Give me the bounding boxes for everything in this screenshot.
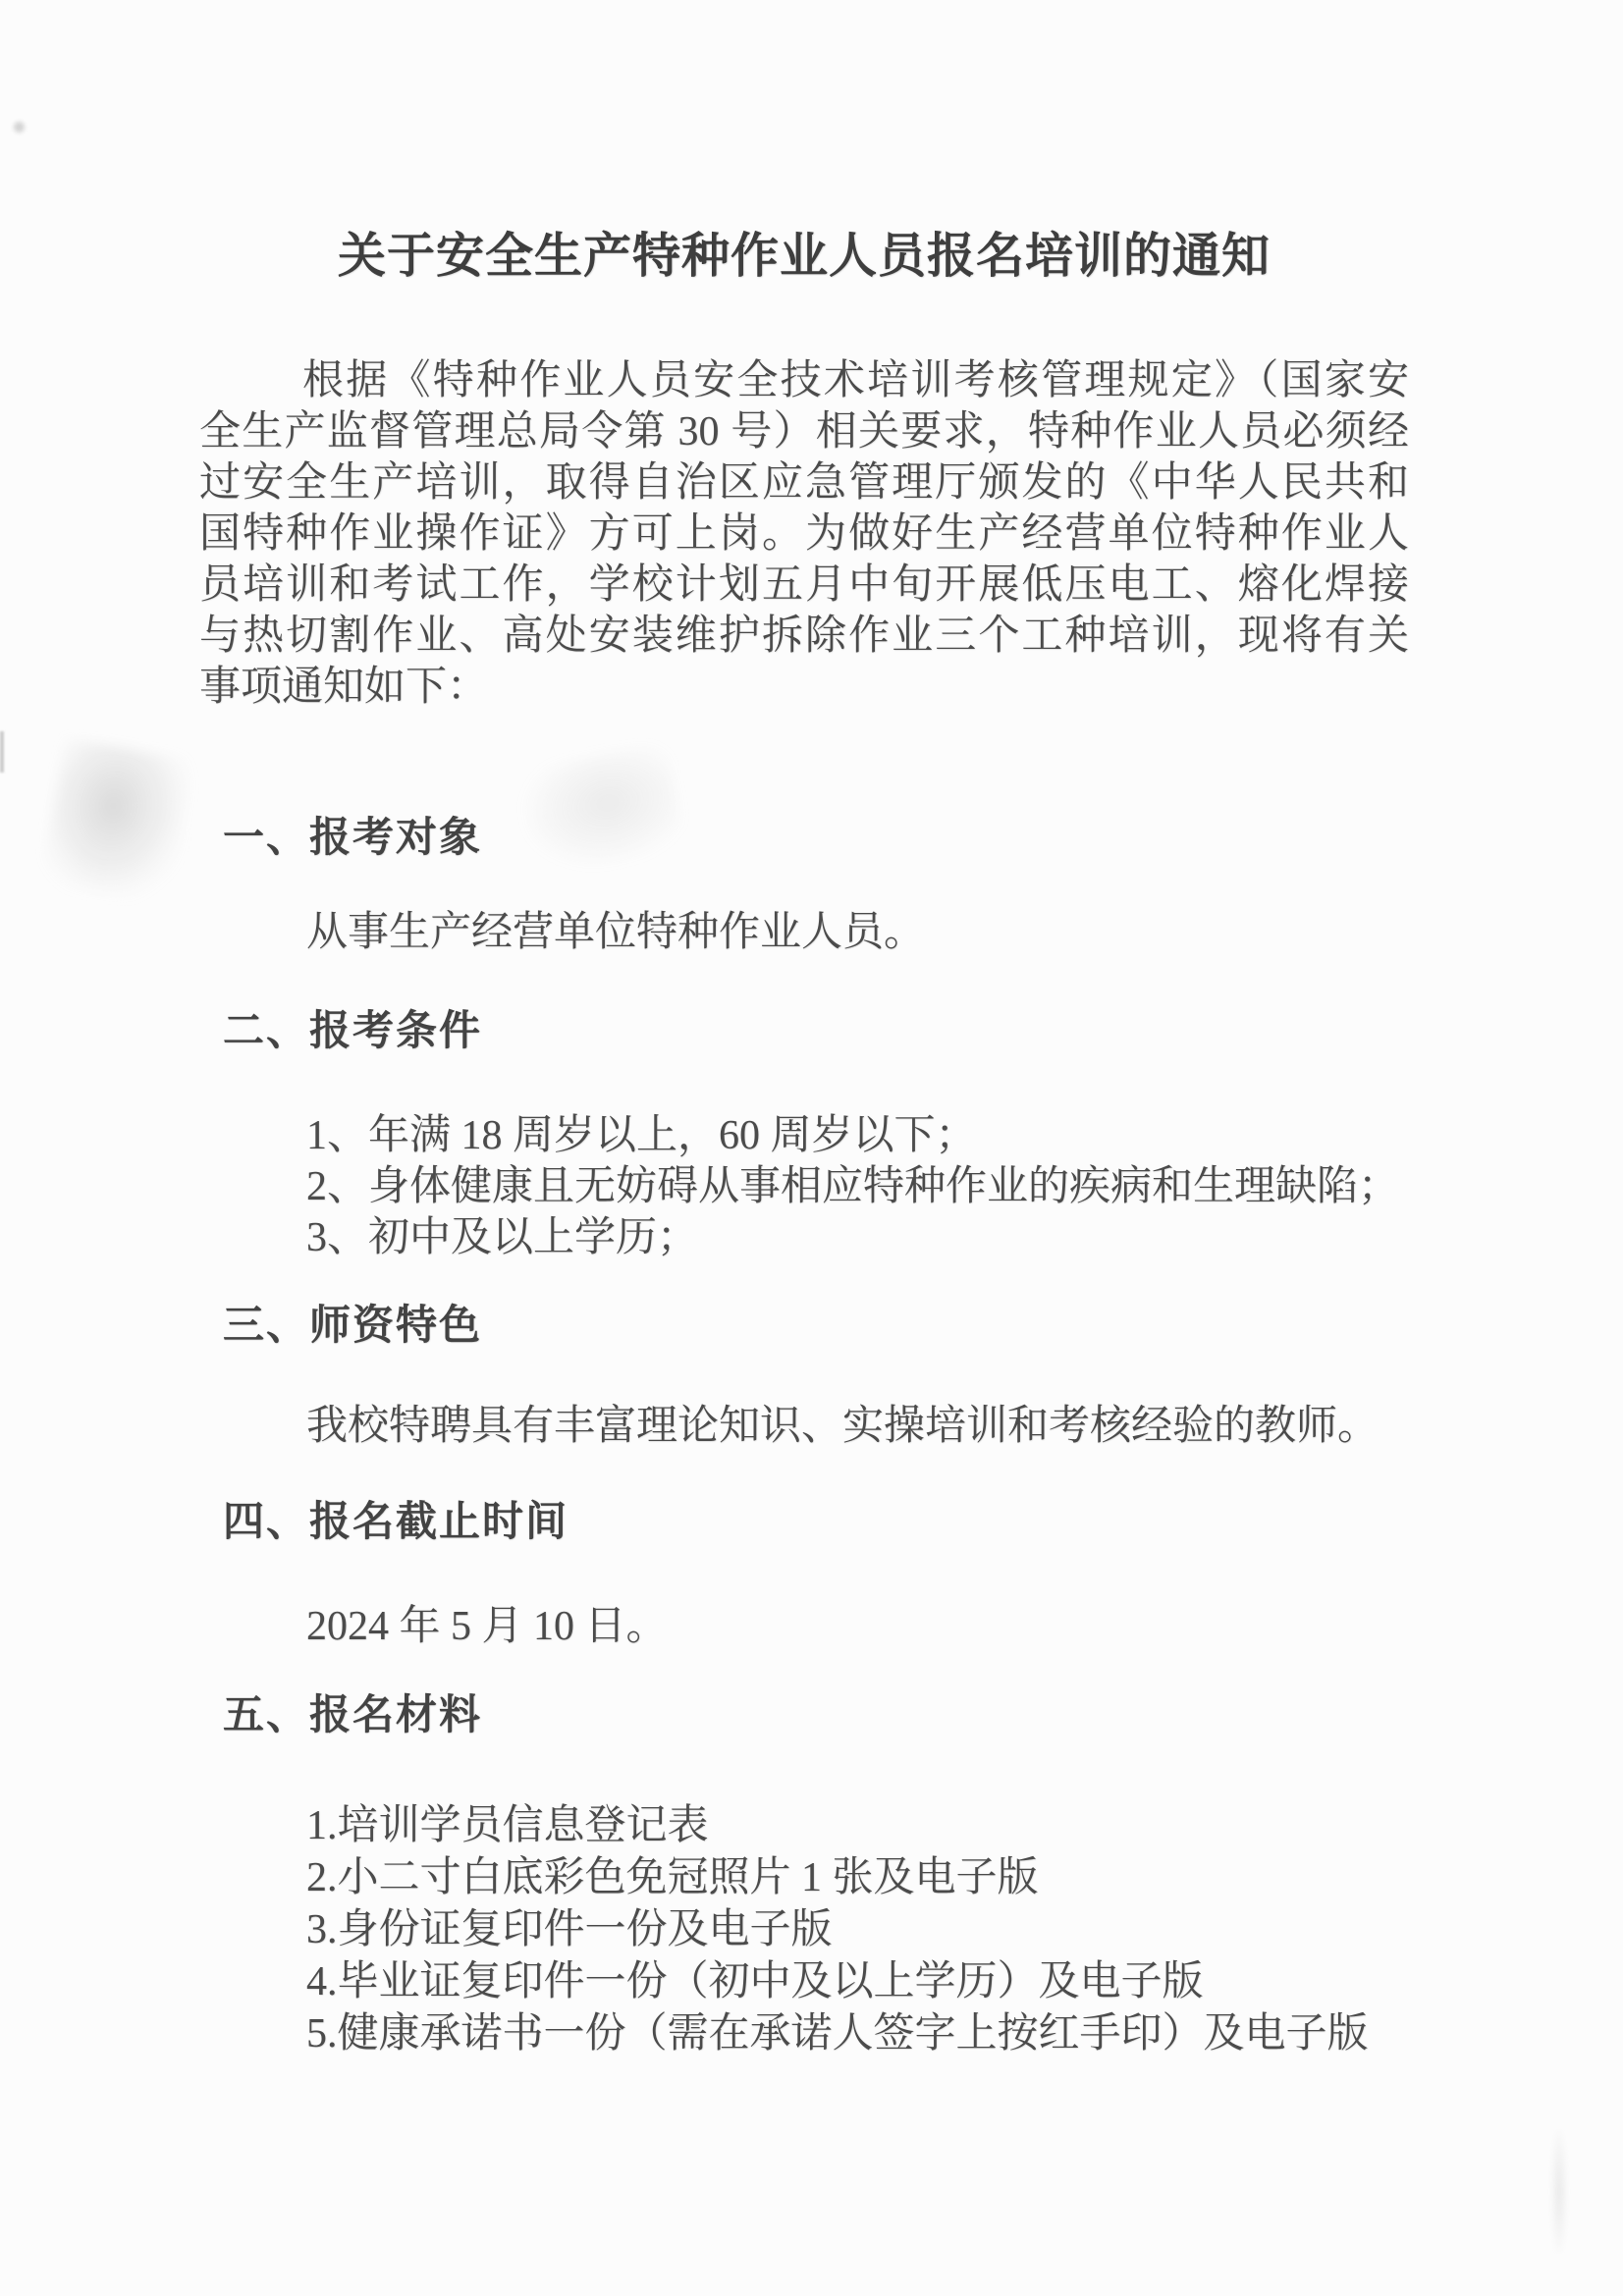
list-item: 3、初中及以上学历；: [306, 1212, 1409, 1263]
document-body: 关于安全生产特种作业人员报名培训的通知 根据《特种作业人员安全技术培训考核管理规…: [199, 0, 1409, 2060]
section-heading-deadline: 四、报名截止时间: [223, 1496, 1409, 1547]
list-item: 3.身份证复印件一份及电子版: [306, 1904, 1409, 1956]
intro-line: 根据《特种作业人员安全技术培训考核管理规定》（国家安: [199, 355, 1409, 406]
section-heading-faculty: 三、师资特色: [223, 1300, 1409, 1351]
list-item: 1.培训学员信息登记表: [306, 1800, 1409, 1852]
list-item: 1、年满 18 周岁以上，60 周岁以下；: [306, 1110, 1409, 1161]
intro-line: 全生产监督管理总局令第 30 号）相关要求，特种作业人员必须经: [199, 406, 1409, 457]
section-heading-materials: 五、报名材料: [223, 1689, 1409, 1740]
scanned-notice-page: 关于安全生产特种作业人员报名培训的通知 根据《特种作业人员安全技术培训考核管理规…: [0, 0, 1623, 2296]
list-item: 2、身体健康且无妨碍从事相应特种作业的疾病和生理缺陷；: [306, 1161, 1409, 1212]
intro-line: 员培训和考试工作，学校计划五月中旬开展低压电工、熔化焊接: [199, 560, 1409, 611]
intro-line: 国特种作业操作证》方可上岗。为做好生产经营单位特种作业人: [199, 508, 1409, 560]
section-body-candidates: 从事生产经营单位特种作业人员。: [306, 907, 1409, 958]
requirements-list: 1、年满 18 周岁以上，60 周岁以下； 2、身体健康且无妨碍从事相应特种作业…: [199, 1110, 1409, 1263]
list-item: 2.小二寸白底彩色免冠照片 1 张及电子版: [306, 1852, 1409, 1904]
section-body-deadline: 2024 年 5 月 10 日。: [306, 1601, 1409, 1652]
section-heading-requirements: 二、报考条件: [223, 1005, 1409, 1056]
list-item: 4.毕业证复印件一份（初中及以上学历）及电子版: [306, 1956, 1409, 2008]
scan-edge-artifact: [0, 731, 4, 773]
intro-paragraph: 根据《特种作业人员安全技术培训考核管理规定》（国家安 全生产监督管理总局令第 3…: [199, 355, 1409, 713]
scan-streak-right: [1551, 2130, 1567, 2253]
section-body-faculty: 我校特聘具有丰富理论知识、实操培训和考核经验的教师。: [306, 1401, 1409, 1452]
intro-line: 与热切割作业、高处安装维护拆除作业三个工种培训，现将有关: [199, 611, 1409, 662]
materials-list: 1.培训学员信息登记表 2.小二寸白底彩色免冠照片 1 张及电子版 3.身份证复…: [199, 1800, 1409, 2060]
scan-dot-top-left: [14, 122, 25, 133]
intro-line: 过安全生产培训，取得自治区应急管理厅颁发的《中华人民共和: [199, 457, 1409, 508]
intro-line: 事项通知如下：: [199, 662, 1409, 713]
scan-smudge-left: [39, 737, 195, 905]
section-heading-candidates: 一、报考对象: [223, 812, 1409, 863]
document-title: 关于安全生产特种作业人员报名培训的通知: [199, 0, 1409, 287]
list-item: 5.健康承诺书一份（需在承诺人签字上按红手印）及电子版: [306, 2008, 1409, 2060]
